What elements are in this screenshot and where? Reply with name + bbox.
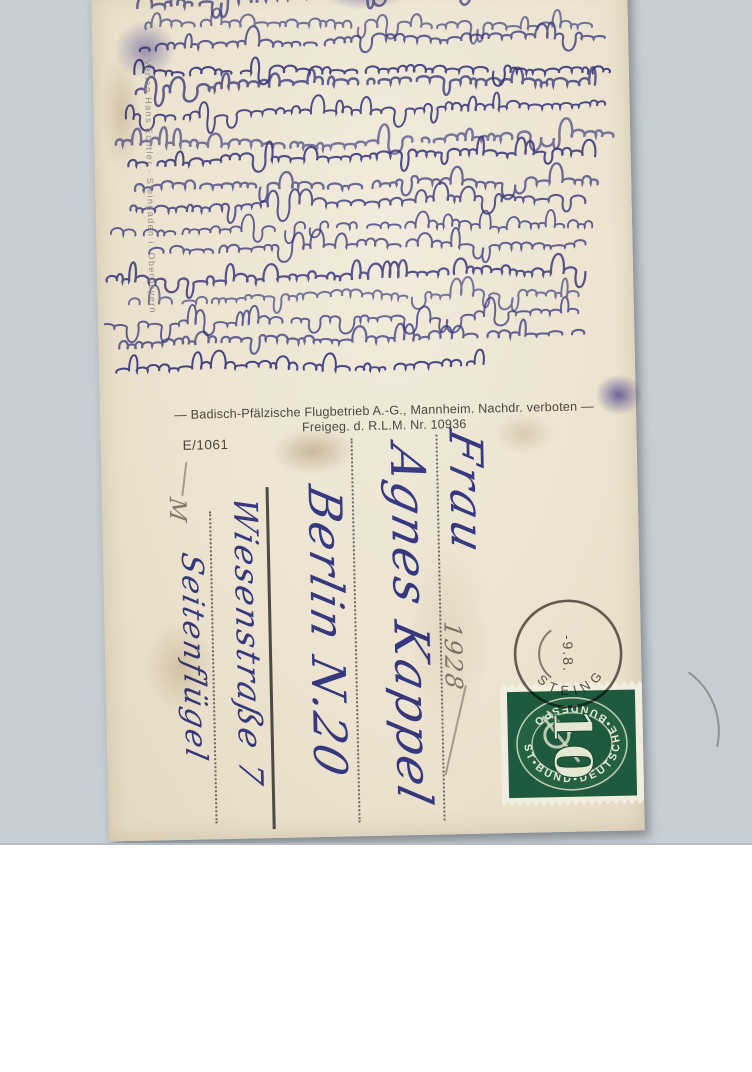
reference-number: E/1061 bbox=[183, 437, 229, 453]
scanned-postcard-image: Verlag Hans Echtler · Steingaden i. Ober… bbox=[0, 0, 752, 1072]
postmark-second-strike-arc bbox=[689, 672, 720, 748]
pencil-year: 1928 bbox=[438, 620, 468, 693]
postage-stamp: ST•BUND•DEUTSCHE•BUNDESPO 10 bbox=[500, 678, 645, 809]
handwritten-message bbox=[97, 0, 633, 397]
recipient-title: Frau bbox=[438, 425, 495, 560]
recipient-name: Agnes Kappel bbox=[379, 440, 443, 811]
posthorn-icon: 10 bbox=[541, 707, 604, 781]
postcard: Verlag Hans Echtler · Steingaden i. Ober… bbox=[91, 0, 645, 842]
city-line: Berlin N.20 bbox=[297, 481, 357, 782]
pencil-stroke bbox=[445, 685, 467, 775]
pencil-mark: M bbox=[164, 496, 191, 524]
stamp-denomination: 10 bbox=[541, 707, 604, 781]
printed-divider: — Badisch-Pfälzische Flugbetrieb A.-G., … bbox=[128, 398, 641, 438]
scan-edge-line bbox=[0, 843, 752, 845]
street-line: Wiesenstraße 7 bbox=[226, 493, 271, 790]
postmark-date: -9.8. bbox=[560, 635, 577, 673]
pencil-stroke bbox=[181, 462, 187, 496]
extra-line: Seitenflügel bbox=[174, 549, 214, 765]
photo-backdrop: Verlag Hans Echtler · Steingaden i. Ober… bbox=[0, 0, 752, 845]
